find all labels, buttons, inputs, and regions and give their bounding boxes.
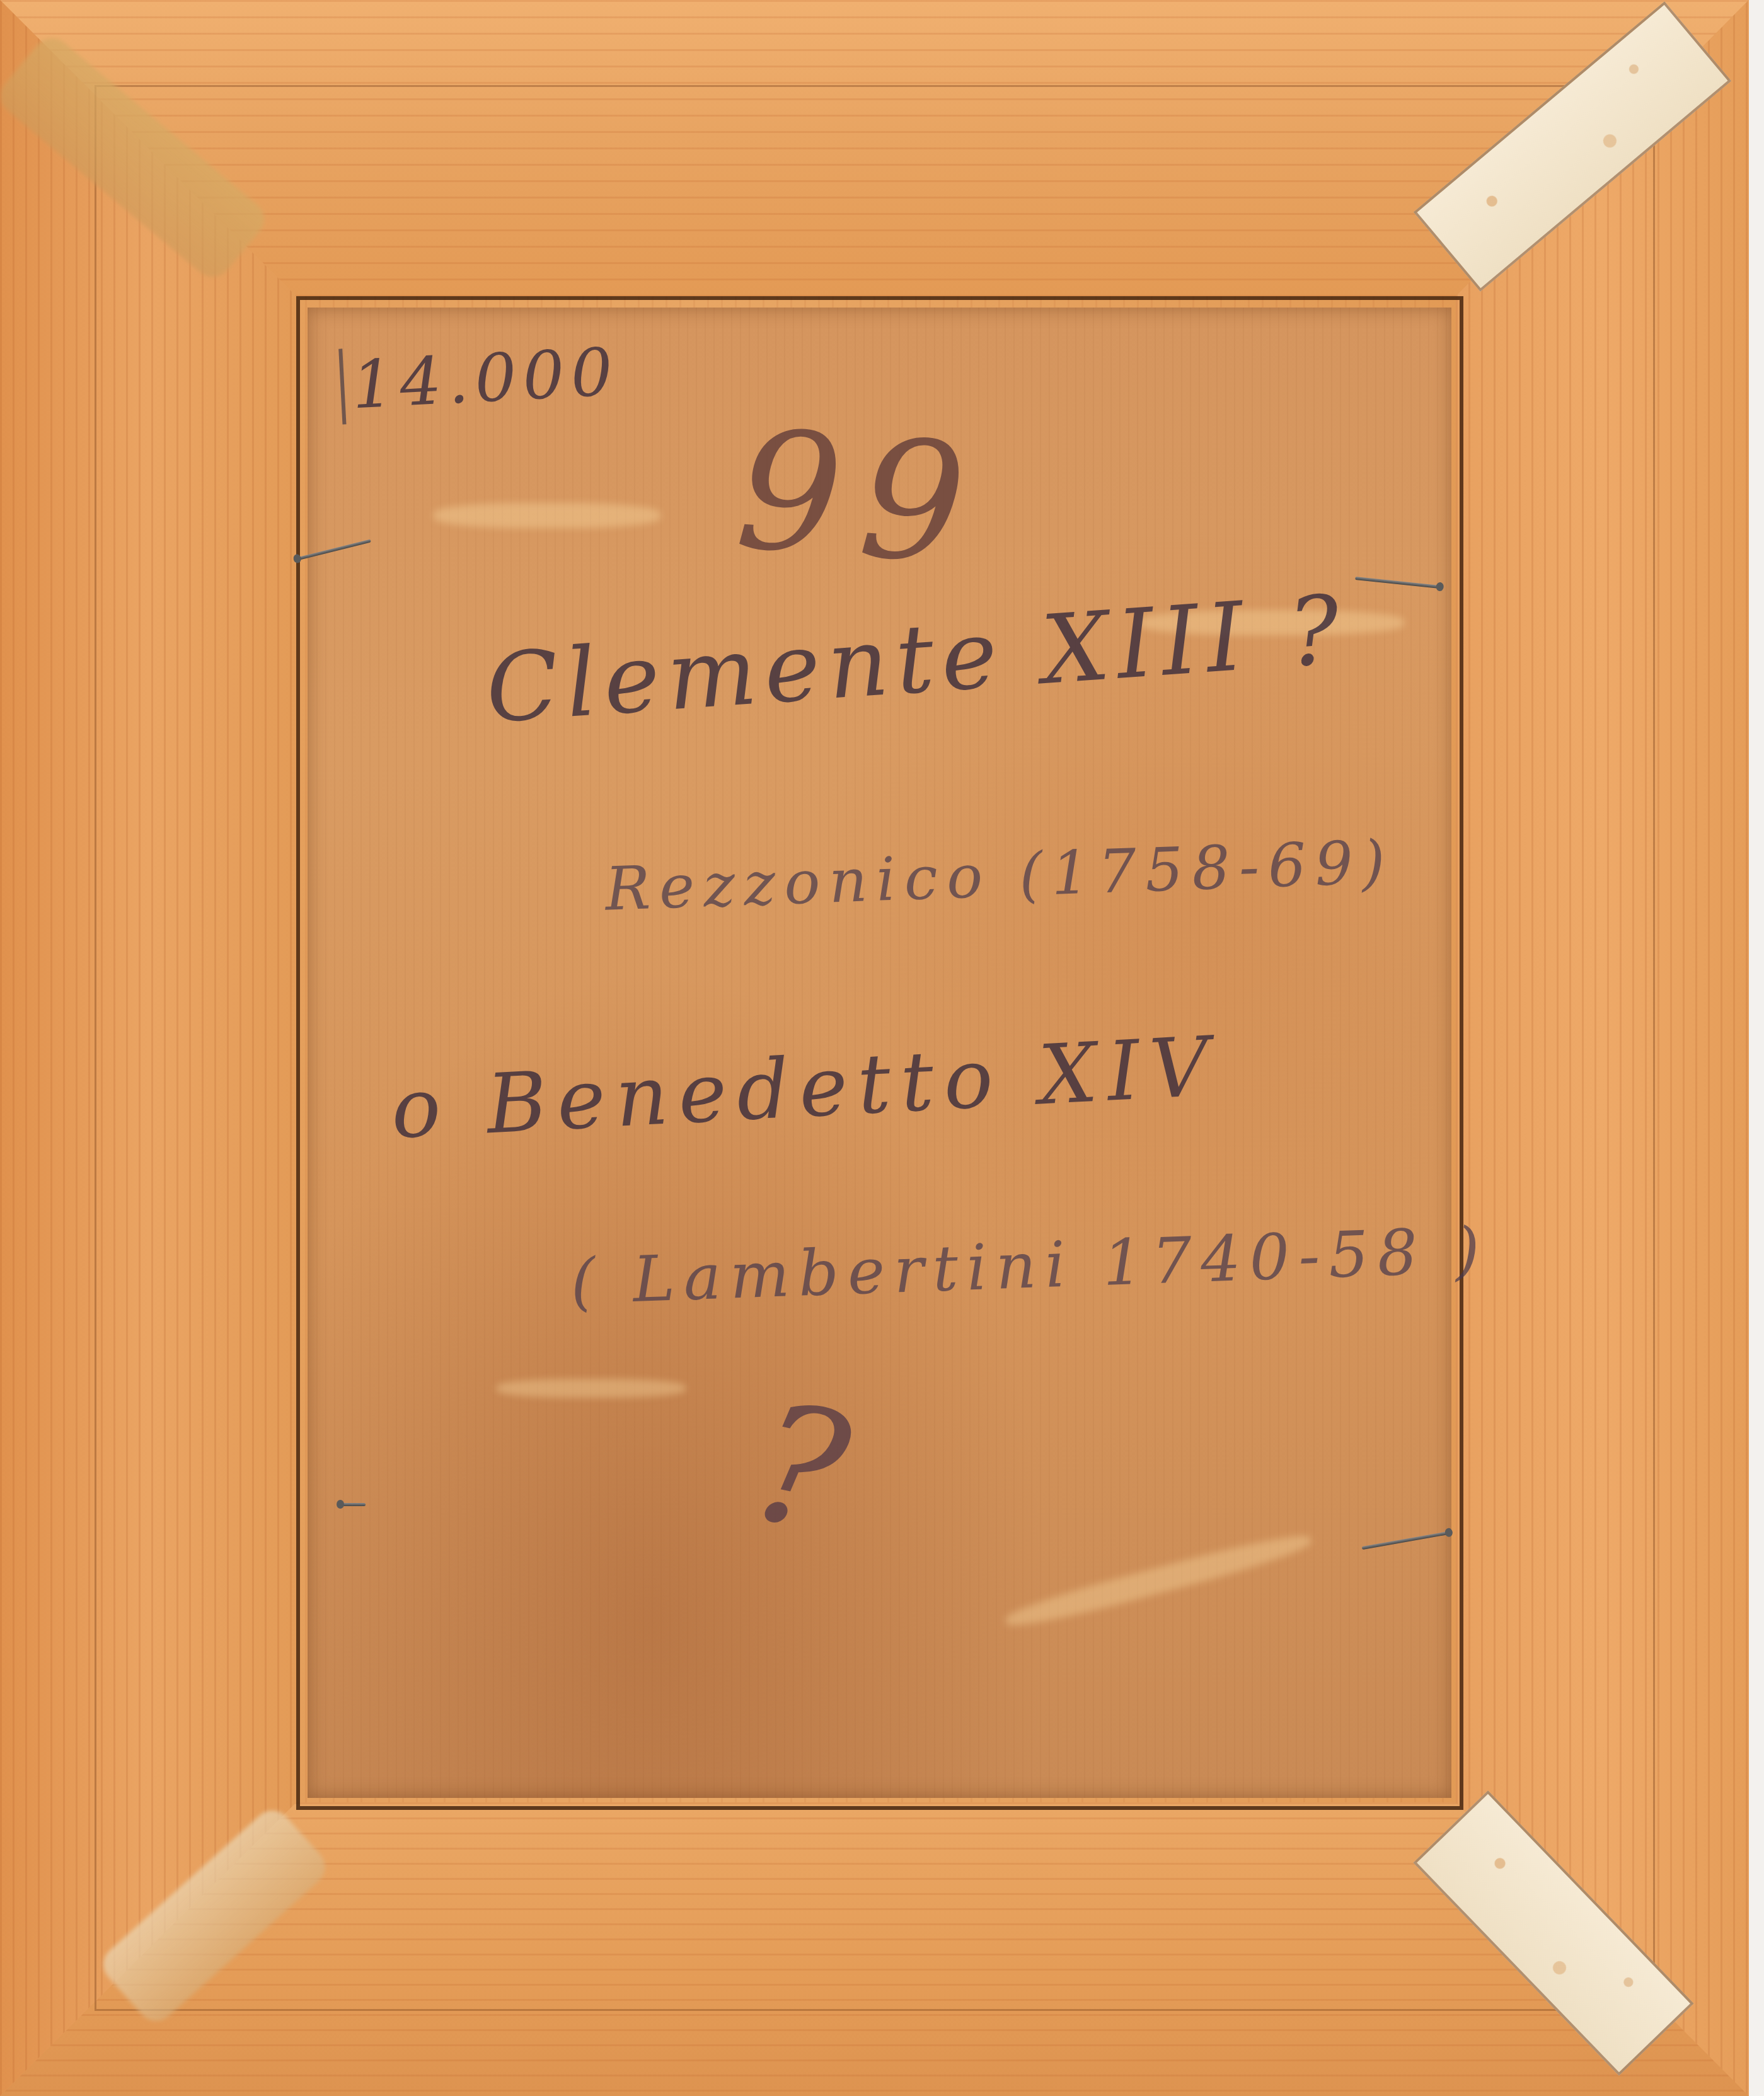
price-text: 14.000 bbox=[350, 333, 621, 424]
panel-light-streak bbox=[1003, 1528, 1313, 1633]
price-inscription: 14.000 bbox=[338, 333, 621, 425]
nail bbox=[340, 1503, 366, 1506]
frame-back-photo: 14.000 99 Clemente XIII ? Rezzonico (175… bbox=[0, 0, 1764, 2096]
panel-light-streak bbox=[497, 1379, 686, 1398]
lot-number: 99 bbox=[731, 395, 990, 602]
panel-light-streak bbox=[434, 503, 660, 528]
